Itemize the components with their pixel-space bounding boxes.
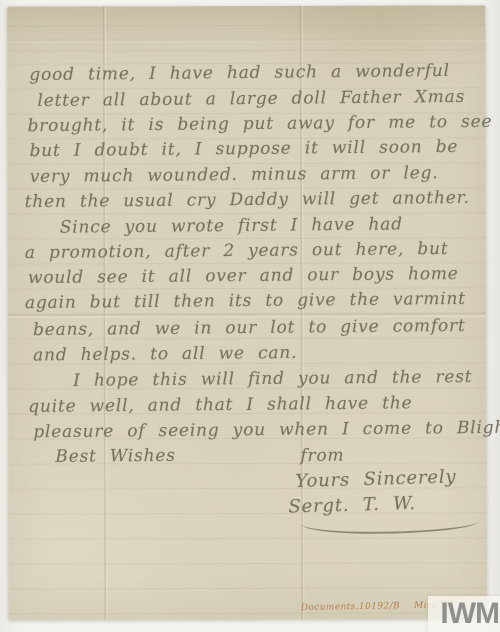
letter-line: I hope this will find you and the rest — [73, 367, 472, 391]
letter-line: again but till then its to give the varm… — [25, 289, 466, 313]
closing-from: from — [300, 446, 344, 466]
fold-crease-horizontal-top — [7, 38, 485, 43]
letter-line: Since you wrote first I have had — [60, 214, 403, 237]
letter-line: beans, and we in our lot to give comfort — [33, 316, 466, 340]
letter-line: quite well, and that I shall have the — [28, 393, 412, 417]
letter-line: very much wounded. minus arm or leg. — [30, 163, 439, 187]
scanned-letter-photo: good time, I have had such a wonderful l… — [0, 0, 500, 632]
closing-valediction: Yours Sincerely — [295, 467, 456, 492]
letter-line: a promotion, after 2 years out here, but — [25, 239, 449, 263]
letter-line: good time, I have had such a wonderful — [29, 61, 450, 85]
letter-line-best-wishes: Best Wishes — [55, 446, 176, 467]
letter-page: good time, I have had such a wonderful l… — [7, 5, 487, 619]
letter-line: pleasure of seeing you when I come to Bl… — [33, 418, 500, 443]
signature-underline-flourish — [300, 518, 478, 536]
letter-line: letter all about a large doll Father Xma… — [37, 87, 465, 111]
letter-line: brought, it is being put away for me to … — [27, 112, 492, 136]
letter-line: and helps. to all we can. — [33, 343, 297, 366]
iwm-watermark: IWM — [428, 596, 500, 632]
catalogue-reference-number: Documents.10192/B — [301, 601, 400, 613]
letter-line: but I doubt it, I suppose it will soon b… — [29, 137, 458, 161]
iwm-watermark-text: IWM — [440, 599, 500, 629]
letter-line: then the usual cry Daddy will get anothe… — [25, 188, 470, 212]
letter-line: would see it all over and our boys home — [28, 264, 459, 288]
closing-signature: Sergt. T. W. — [288, 494, 416, 518]
